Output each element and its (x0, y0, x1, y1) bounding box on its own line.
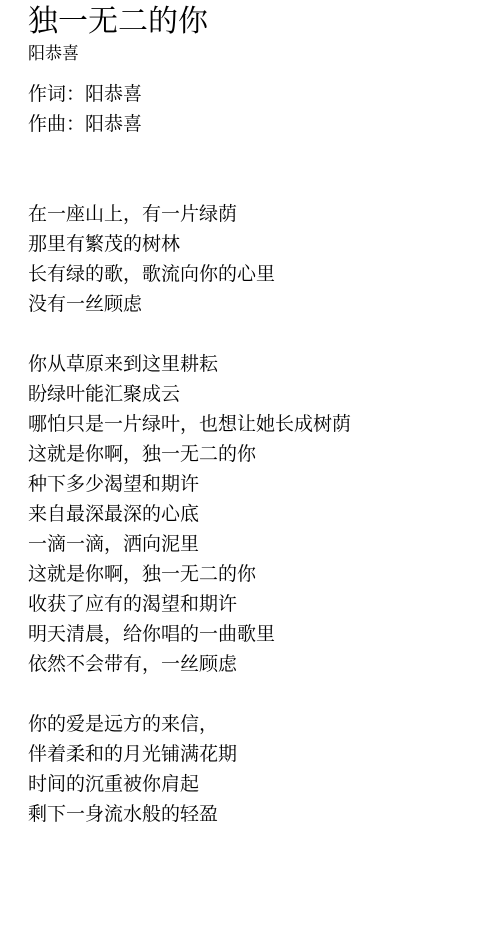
lyric-line: 你从草原来到这里耕耘 (28, 349, 472, 379)
lyric-line: 剩下一身流水般的轻盈 (28, 799, 472, 829)
lyric-line: 长有绿的歌，歌流向你的心里 (28, 259, 472, 289)
lyric-line: 收获了应有的渴望和期许 (28, 589, 472, 619)
lyric-line: 伴着柔和的月光铺满花期 (28, 739, 472, 769)
lyric-line: 你的爱是远方的来信， (28, 709, 472, 739)
song-title: 独一无二的你 (28, 4, 472, 40)
lyric-line: 一滴一滴，洒向泥里 (28, 529, 472, 559)
lyric-line: 明天清晨，给你唱的一曲歌里 (28, 619, 472, 649)
lyric-line: 哪怕只是一片绿叶，也想让她长成树荫 (28, 409, 472, 439)
credit-line-lyricist: 作词：阳恭喜 (28, 79, 472, 109)
lyric-line: 来自最深最深的心底 (28, 499, 472, 529)
lyric-line: 时间的沉重被你肩起 (28, 769, 472, 799)
lyric-line: 那里有繁茂的树林 (28, 229, 472, 259)
lyric-line: 在一座山上，有一片绿荫 (28, 199, 472, 229)
lyric-line: 这就是你啊，独一无二的你 (28, 559, 472, 589)
blank-line (28, 319, 472, 349)
credit-line-composer: 作曲：阳恭喜 (28, 109, 472, 139)
blank-line (28, 169, 472, 199)
lyrics-page: 独一无二的你 阳恭喜 作词：阳恭喜作曲：阳恭喜 在一座山上，有一片绿荫那里有繁茂… (0, 0, 500, 940)
lyric-line: 盼绿叶能汇聚成云 (28, 379, 472, 409)
artist-name: 阳恭喜 (28, 43, 472, 65)
lyrics-block: 作词：阳恭喜作曲：阳恭喜 在一座山上，有一片绿荫那里有繁茂的树林长有绿的歌，歌流… (28, 79, 472, 829)
lyric-line: 这就是你啊，独一无二的你 (28, 439, 472, 469)
lyric-line: 依然不会带有，一丝顾虑 (28, 649, 472, 679)
lyric-line: 种下多少渴望和期许 (28, 469, 472, 499)
blank-line (28, 679, 472, 709)
lyric-line: 没有一丝顾虑 (28, 289, 472, 319)
blank-line (28, 139, 472, 169)
